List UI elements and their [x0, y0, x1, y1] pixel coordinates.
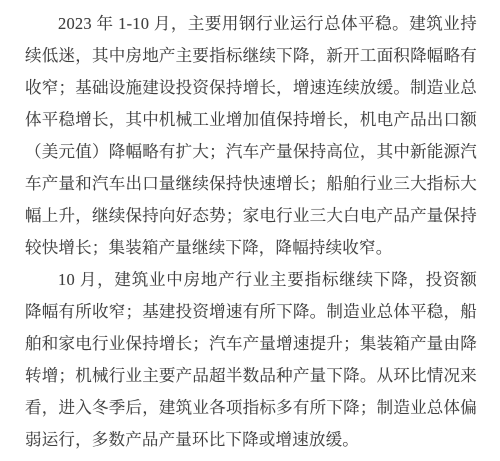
paragraph-overview-jan-oct: 2023 年 1-10 月，主要用钢行业运行总体平稳。建筑业持续低迷，其中房地产…	[25, 8, 477, 264]
document-page: 2023 年 1-10 月，主要用钢行业运行总体平稳。建筑业持续低迷，其中房地产…	[0, 0, 500, 461]
paragraph-october-detail: 10 月，建筑业中房地产行业主要指标继续下降，投资额降幅有所收窄；基建投资增速有…	[25, 264, 477, 456]
document-body: 2023 年 1-10 月，主要用钢行业运行总体平稳。建筑业持续低迷，其中房地产…	[25, 8, 477, 456]
